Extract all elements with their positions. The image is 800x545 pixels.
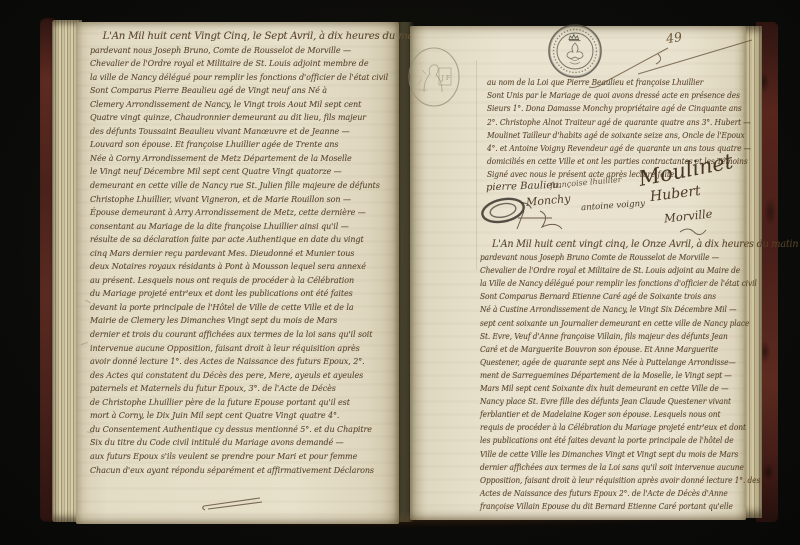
handwritten-line: Signé avec nous le présent acte après le… [487,168,726,181]
handwritten-line: du Mariage projeté entr'eux et dont les … [90,287,390,301]
handwritten-line: Mars Mil sept cent Soixante dix huit dem… [480,382,725,395]
handwritten-line: le Vingt neuf Décembre Mil sept cent Qua… [90,165,390,179]
handwritten-line: Sont Comparus Bernard Etienne Caré agé d… [480,290,725,303]
handwritten-line: Épouse demeurant à Arry Arrondissement d… [90,206,390,220]
handwritten-line: demeurant en cette ville de Nancy rue St… [90,179,390,193]
handwritten-line: au nom de la Loi que Pierre Beaulieu et … [487,76,726,89]
paper-crease [476,60,477,270]
signature-paraph-monchy [514,208,566,232]
signature-hubert: Hubert [649,183,701,205]
left-page: L'An Mil huit cent Vingt Cinq, le Sept A… [76,22,399,524]
handwritten-line: au présent. Lesquels nous ont requis de … [90,274,390,288]
round-ink-stamp [546,22,604,80]
signature-paraph-oval [478,192,532,228]
act1-text: au nom de la Loi que Pierre Beaulieu et … [487,76,747,182]
signature-groom: pierre Baulieu. [486,180,562,194]
handwritten-line: Clemery Arrondissement de Nancy, le Ving… [90,98,390,112]
handwritten-line: consentant au Mariage de la dite françoi… [90,220,390,234]
handwritten-line: la Ville de Nancy délégué pour remplir l… [480,277,725,290]
handwritten-line: cinq Mars dernier reçu pardevant Mes. Di… [90,247,390,261]
handwritten-line: Caré et de Marguerite Bouvron son épouse… [480,343,725,356]
handwritten-line: 2°. Christophe Alnot Traiteur agé de qua… [487,116,726,129]
handwritten-line: deux Notaires royaux résidants à Pont à … [90,260,390,274]
handwritten-line: L'An Mil huit cent vingt cinq, le Onze A… [480,238,725,251]
handwritten-line: St. Evre, Veuf d'Anne françoise Villain,… [480,330,725,343]
handwritten-line: Sieurs 1°. Dona Damasse Monchy propriéta… [487,102,726,115]
right-page: 49 J F au nom de la Loi que Pierre Beaul… [410,26,746,520]
handwritten-line: Chacun d'eux ayant répondu séparément et… [90,464,390,478]
handwritten-line: avoir donné lecture 1°. des Actes de Nai… [90,355,390,369]
handwritten-line: devant la porte principale de l'Hôtel de… [90,301,390,315]
handwritten-line: Né à Custine Arrondissement de Nancy, le… [480,303,725,316]
handwritten-line: des Actes qui constatent du Décès des pe… [90,369,390,383]
handwritten-line: ferblantier et de Madelaine Koger son ép… [480,408,725,421]
handwritten-line: Chevalier de l'Ordre royal et Militaire … [480,264,725,277]
handwritten-line: Opposition, faisant droit à leur réquisi… [480,474,725,487]
act2-text: L'An Mil huit cent vingt cinq, le Onze A… [480,238,746,513]
handwritten-line: des défunts Toussaint Beaulieu vivant Ma… [90,125,390,139]
handwritten-line: dernier et trois du courant affichées au… [90,328,390,342]
handwritten-line: 4°. et Antoine Voigny Revendeur agé de q… [487,142,726,155]
handwritten-line: Née à Corny Arrondissement de Metz Dépar… [90,152,390,166]
handwritten-line: dernier affichées aux termes de la Loi s… [480,461,725,474]
signature-monchy: Monchy [526,192,571,209]
handwritten-line: Christophe Lhuillier, vivant Vigneron, e… [90,193,390,207]
handwritten-line: pardevant nous Joseph Bruno Comte de Rou… [480,251,725,264]
handwritten-line: intervenue aucune Opposition, faisant dr… [90,342,390,356]
handwritten-line: aux futurs Epoux s'ils veulent se prendr… [90,450,390,464]
handwritten-line: pardevant nous Joseph Bruno, Comte de Ro… [90,44,390,58]
handwritten-line: Moulinet Tailleur d'habits agé de soixan… [487,129,726,142]
fleur-ornament-icon [567,43,583,58]
handwritten-line: sept cent soixante un Journalier demeura… [480,317,725,330]
handwritten-line: paternels et Maternels du futur Epoux, 3… [90,382,390,396]
handwritten-line: Six du titre du Code civil intitulé du M… [90,436,390,450]
handwritten-line: Nancy place St. Evre fille des défunts J… [480,395,725,408]
embossed-stamp-letters: J F [441,75,450,82]
handwritten-line: ment de Sarreguemines Département de la … [480,369,725,382]
handwritten-line: de Christophe Lhuillier père de la futur… [90,396,390,410]
handwritten-line: Questener, agée de quarante sept ans Née… [480,356,725,369]
left-page-text: L'An Mil huit cent Vingt Cinq, le Sept A… [90,30,399,477]
handwritten-line: Chevalier de l'Ordre royal et Militaire … [90,57,390,71]
crown-icon [569,34,581,40]
handwritten-line: françoise Villain Epouse du dit Bernard … [480,500,725,513]
handwritten-line: la ville de Nancy délégué pour remplir l… [90,71,390,85]
handwritten-line: les publications ont été faites devant l… [480,434,725,447]
end-of-act-flourish [202,494,266,512]
embossed-stamp: J F [406,44,462,110]
handwritten-line: du Consentement Authentique cy dessus me… [90,423,390,437]
handwritten-line: Actes de Naissance des futurs Epoux 2°. … [480,487,725,500]
handwritten-line: Mairie de Clemery les Dimanches Vingt se… [90,314,390,328]
handwritten-line: mort à Corny, le Dix Juin Mil sept cent … [90,409,390,423]
handwritten-line: Quatre vingt quinze, Chaudronnier demeur… [90,111,390,125]
handwritten-line: Ville de cette Ville les Dimanches Vingt… [480,448,725,461]
signature-morville: Morville [663,207,713,226]
handwritten-line: résulte de sa déclaration faite par acte… [90,233,390,247]
handwritten-line: Sont Unis par le Mariage de quoi avons d… [487,89,726,102]
signature-voigny: antoine voigny [581,199,646,213]
handwritten-line: requis de procéder à la Célébration du M… [480,421,725,434]
handwritten-line: Sont Comparus Pierre Beaulieu agé de Vin… [90,84,390,98]
signature-paraph-morville [678,226,708,238]
scanned-register-photo: L'An Mil huit cent Vingt Cinq, le Sept A… [0,0,800,545]
handwritten-line: L'An Mil huit cent Vingt Cinq, le Sept A… [90,30,390,44]
margin-ink-mark [81,342,88,345]
handwritten-line: Louvard son épouse. Et françoise Lhuilli… [90,138,390,152]
handwritten-line: domiciliés en cette Ville et ont les par… [487,155,726,168]
